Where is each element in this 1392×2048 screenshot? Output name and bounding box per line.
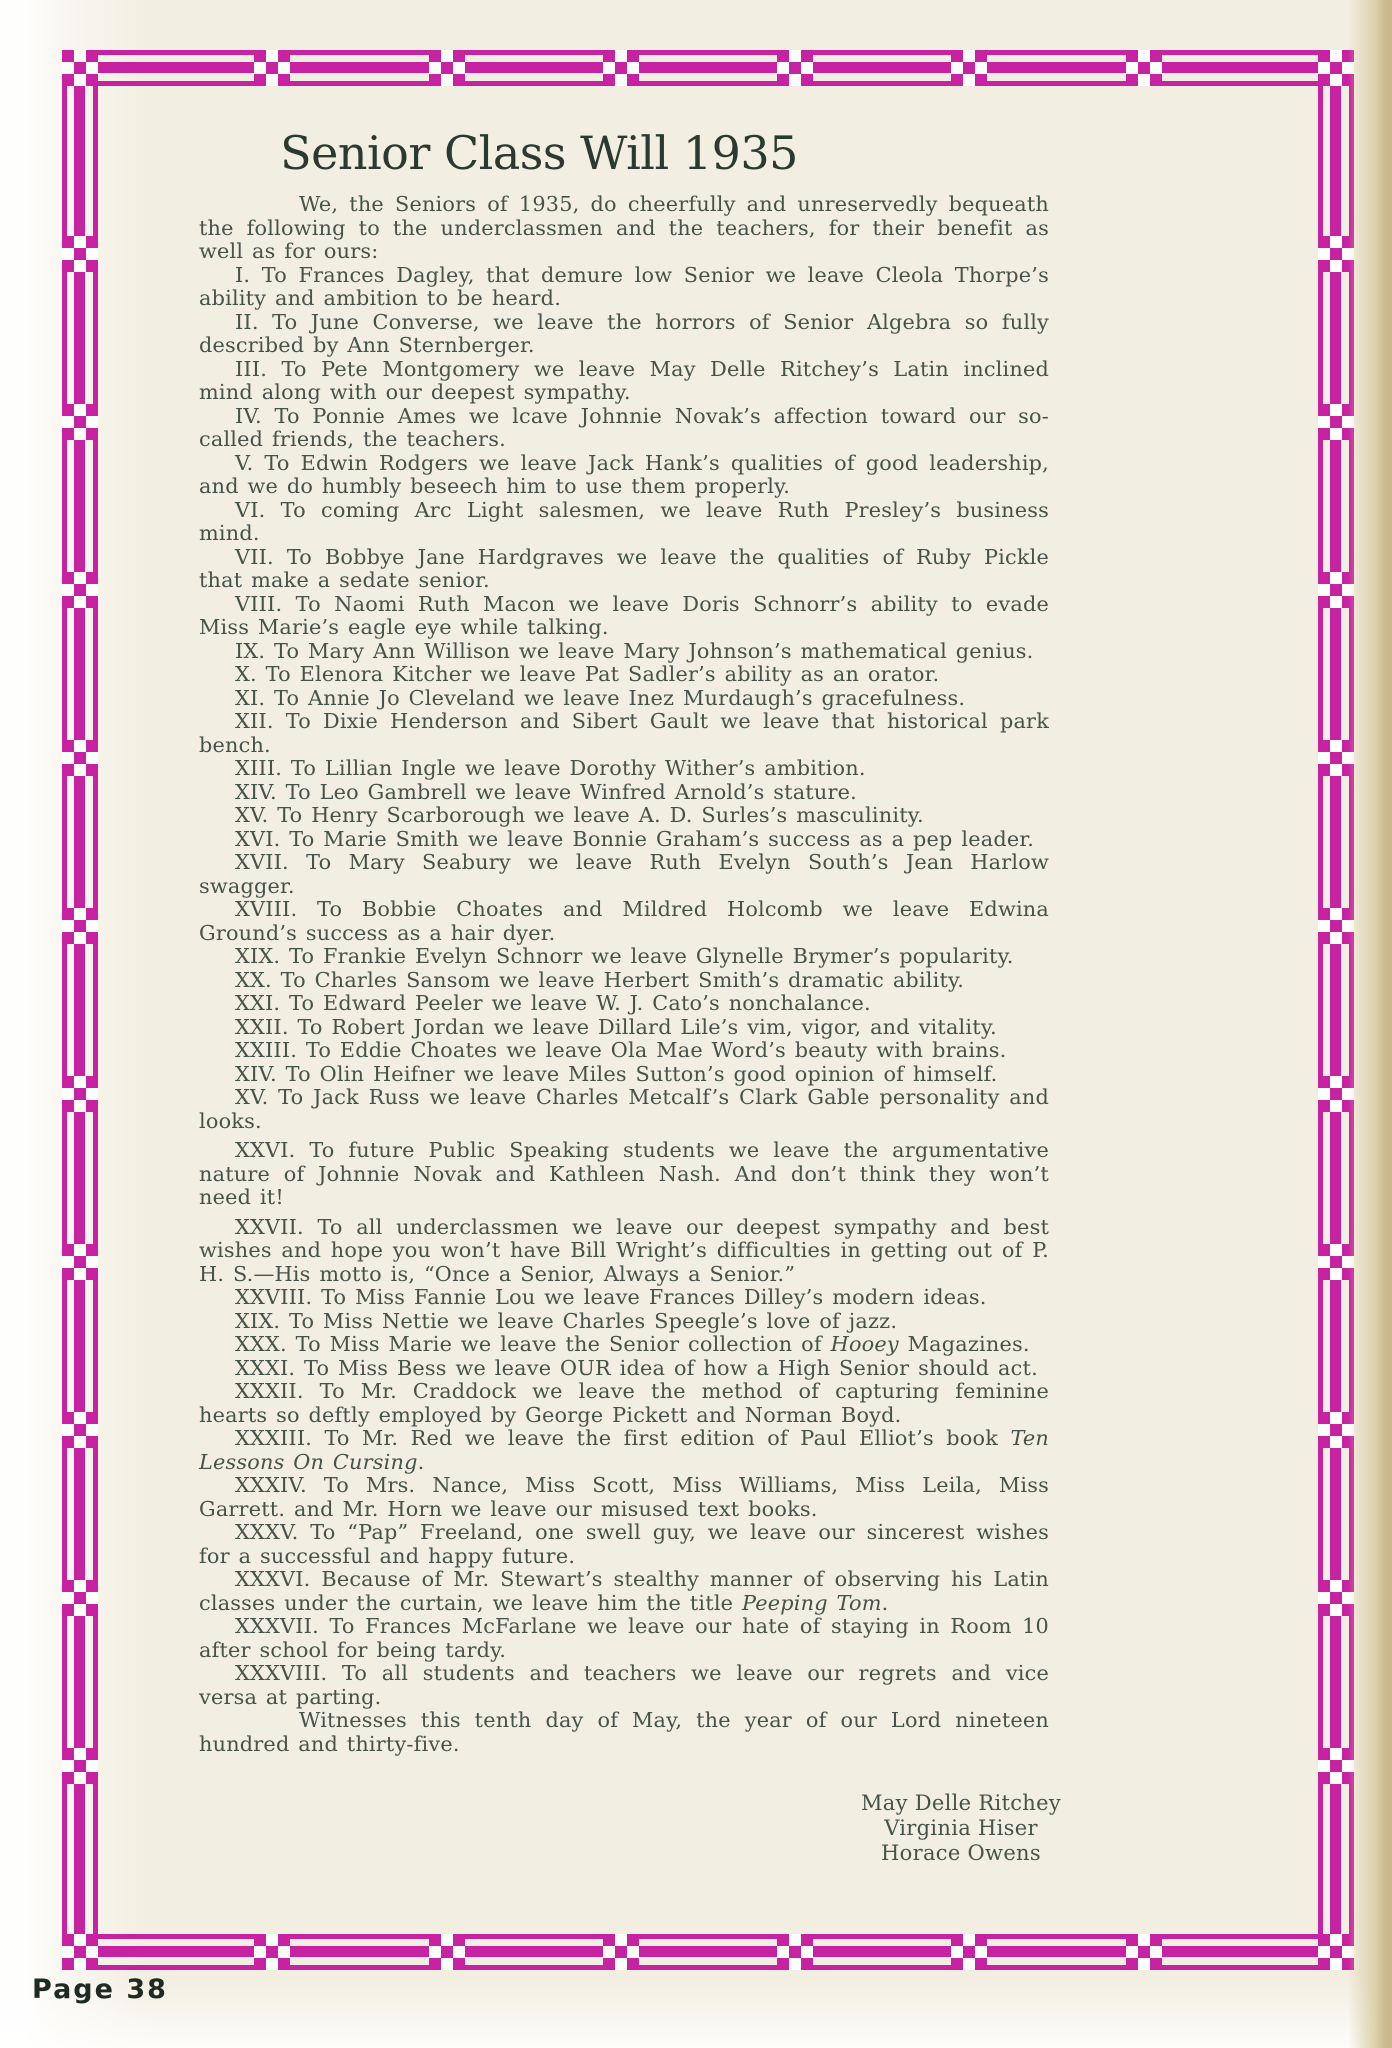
- will-item: III. To Pete Montgomery we leave May Del…: [199, 358, 1049, 405]
- border-motif: [62, 236, 98, 272]
- will-item: XIV. To Leo Gambrell we leave Winfred Ar…: [199, 781, 1049, 805]
- will-item: II. To June Converse, we leave the horro…: [199, 311, 1049, 358]
- will-item: XXII. To Robert Jordan we leave Dillard …: [199, 1016, 1049, 1040]
- will-item: XXXV. To “Pap” Freeland, one swell guy, …: [199, 1521, 1049, 1568]
- will-item: XV. To Jack Russ we leave Charles Metcal…: [199, 1086, 1049, 1133]
- will-item: XIV. To Olin Heifner we leave Miles Sutt…: [199, 1063, 1049, 1087]
- signatures: May Delle RitcheyVirginia HiserHorace Ow…: [836, 1791, 1086, 1866]
- will-item: XIX. To Frankie Evelyn Schnorr we leave …: [199, 945, 1049, 969]
- border-motif: [1126, 1934, 1162, 1970]
- will-item: X. To Elenora Kitcher we leave Pat Sadle…: [199, 663, 1049, 687]
- will-item: XIX. To Miss Nettie we leave Charles Spe…: [199, 1310, 1049, 1334]
- border-motif: [62, 740, 98, 776]
- page-number-label: Page 38: [32, 1974, 168, 2005]
- will-item: XXXIII. To Mr. Red we leave the first ed…: [199, 1427, 1049, 1474]
- will-item: XXXI. To Miss Bess we leave OUR idea of …: [199, 1357, 1049, 1381]
- will-item: XIII. To Lillian Ingle we leave Dorothy …: [199, 757, 1049, 781]
- will-item: VII. To Bobbye Jane Hardgraves we leave …: [199, 546, 1049, 593]
- will-item: XX. To Charles Sansom we leave Herbert S…: [199, 969, 1049, 993]
- border-motif: [62, 1580, 98, 1616]
- page-title: Senior Class Will 1935: [114, 125, 964, 181]
- border-corner: [62, 1934, 98, 1970]
- will-item: XXXIV. To Mrs. Nance, Miss Scott, Miss W…: [199, 1474, 1049, 1521]
- border-motif: [62, 572, 98, 608]
- will-item: I. To Frances Dagley, that demure low Se…: [199, 264, 1049, 311]
- will-item: XII. To Dixie Henderson and Sibert Gault…: [199, 710, 1049, 757]
- border-motif: [1126, 50, 1162, 86]
- will-item: XI. To Annie Jo Cleveland we leave Inez …: [199, 687, 1049, 711]
- page-content: Senior Class Will 1935 We, the Seniors o…: [199, 0, 1049, 1756]
- border-motif: [62, 1076, 98, 1112]
- border-motif: [62, 1244, 98, 1280]
- will-intro: We, the Seniors of 1935, do cheerfully a…: [199, 193, 1049, 264]
- border-motif: [951, 1934, 987, 1970]
- will-item: XXXVIII. To all students and teachers we…: [199, 1662, 1049, 1709]
- border-motif: [254, 1934, 290, 1970]
- border-motif: [62, 1748, 98, 1784]
- witness-paragraph: Witnesses this tenth day of May, the yea…: [199, 1709, 1049, 1756]
- border-motif: [62, 404, 98, 440]
- will-item: XVI. To Marie Smith we leave Bonnie Grah…: [199, 828, 1049, 852]
- will-item: XXVII. To all underclassmen we leave our…: [199, 1216, 1049, 1287]
- border-motif: [429, 1934, 465, 1970]
- yearbook-page: Senior Class Will 1935 We, the Seniors o…: [0, 0, 1392, 2048]
- border-corner: [62, 50, 98, 86]
- border-motif: [62, 1412, 98, 1448]
- border-motif: [62, 908, 98, 944]
- page-edge-shadow: [1348, 0, 1392, 2048]
- will-item: VIII. To Naomi Ruth Macon we leave Doris…: [199, 593, 1049, 640]
- will-item: XXXVII. To Frances McFarlane we leave ou…: [199, 1615, 1049, 1662]
- will-body: We, the Seniors of 1935, do cheerfully a…: [199, 193, 1049, 1756]
- will-items: I. To Frances Dagley, that demure low Se…: [199, 264, 1049, 1710]
- will-item: XXVIII. To Miss Fannie Lou we leave Fran…: [199, 1286, 1049, 1310]
- signature-name: Virginia Hiser: [836, 1816, 1086, 1841]
- will-item: XV. To Henry Scarborough we leave A. D. …: [199, 804, 1049, 828]
- will-item: XXIII. To Eddie Choates we leave Ola Mae…: [199, 1039, 1049, 1063]
- will-item: XXVI. To future Public Speaking students…: [199, 1139, 1049, 1210]
- will-item: XXXII. To Mr. Craddock we leave the meth…: [199, 1380, 1049, 1427]
- will-item: V. To Edwin Rodgers we leave Jack Hank’s…: [199, 452, 1049, 499]
- signature-name: Horace Owens: [836, 1841, 1086, 1866]
- will-item: IX. To Mary Ann Willison we leave Mary J…: [199, 640, 1049, 664]
- will-item: XVIII. To Bobbie Choates and Mildred Hol…: [199, 898, 1049, 945]
- will-item: XXXVI. Because of Mr. Stewart’s stealthy…: [199, 1568, 1049, 1615]
- will-item: XXI. To Edward Peeler we leave W. J. Cat…: [199, 992, 1049, 1016]
- will-item: XXX. To Miss Marie we leave the Senior c…: [199, 1333, 1049, 1357]
- will-item: XVII. To Mary Seabury we leave Ruth Evel…: [199, 851, 1049, 898]
- border-motif: [603, 1934, 639, 1970]
- signature-name: May Delle Ritchey: [836, 1791, 1086, 1816]
- will-item: VI. To coming Arc Light salesmen, we lea…: [199, 499, 1049, 546]
- border-band-left: [62, 50, 98, 1970]
- will-item: IV. To Ponnie Ames we lcave Johnnie Nova…: [199, 405, 1049, 452]
- border-motif: [777, 1934, 813, 1970]
